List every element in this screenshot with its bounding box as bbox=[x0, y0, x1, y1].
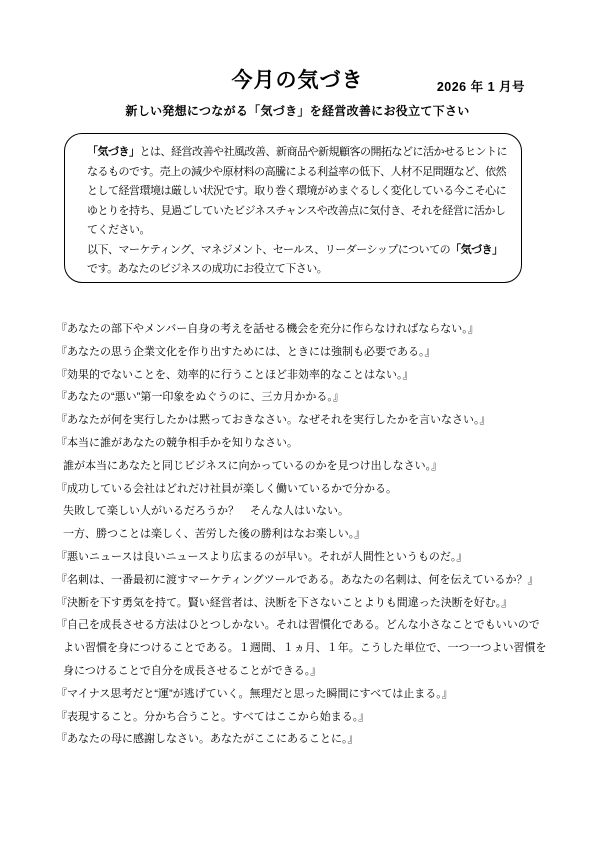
quote-line: 『あなたの部下やメンバー自身の考えを話せる機会を充分に作らなければならない。』 bbox=[56, 318, 576, 341]
quote-line: 『あなたの母に感謝しなさい。あなたがここにあることに。』 bbox=[56, 728, 576, 751]
intro-line: ゆとりを持ち、見過ごしていたビジネスチャンスや改善点に気付き、それを経営に活かし bbox=[87, 202, 501, 222]
quote-line: よい習慣を身につけることである。１週間、１ヵ月、１年。こうした単位で、一つ一つよ… bbox=[56, 637, 576, 660]
quote-line: 『悪いニュースは良いニュースより広まるのが早い。それが人間性というものだ。』 bbox=[56, 546, 576, 569]
intro-bold-keyword: 「気づき」 bbox=[87, 146, 140, 158]
intro-line: 以下、マーケティング、マネジメント、セールス、リーダーシップについての「気づき」 bbox=[87, 241, 501, 261]
intro-line: です。あなたのビジネスの成功にお役立て下さい。 bbox=[87, 260, 501, 280]
document-page: 今月の気づき 2026 年 1 月号 新しい発想につながる「気づき」を経営改善に… bbox=[0, 0, 595, 841]
quote-line: 『あなたの“悪い”第一印象をぬぐうのに、三カ月かかる。』 bbox=[56, 386, 576, 409]
intro-text: 以下、マーケティング、マネジメント、セールス、リーダーシップについての bbox=[87, 244, 450, 256]
intro-line: 「気づき」とは、経営改善や社風改善、新商品や新規顧客の開拓などに活かせるヒントに bbox=[87, 143, 501, 163]
quote-line: 『あなたが何を実行したかは黙っておきなさい。なぜそれを実行したかを言いなさい。』 bbox=[56, 409, 576, 432]
intro-line: てください。 bbox=[87, 221, 501, 241]
intro-text: とは、経営改善や社風改善、新商品や新規顧客の開拓などに活かせるヒントに bbox=[140, 146, 508, 158]
intro-box: 「気づき」とは、経営改善や社風改善、新商品や新規顧客の開拓などに活かせるヒントに… bbox=[64, 133, 522, 283]
quote-line: 『あなたの思う企業文化を作り出すためには、ときには強制も必要である。』 bbox=[56, 341, 576, 364]
intro-bold-keyword: 「気づき」 bbox=[450, 244, 503, 256]
quote-line: 失敗して楽しい人がいるだろうか？ そんな人はいない。 bbox=[56, 500, 576, 523]
intro-line: として経営環境は厳しい状況です。取り巻く環境がめまぐるしく変化している今こそ心に bbox=[87, 182, 501, 202]
quote-line: 『成功している会社はどれだけ社員が楽しく働いているかで分かる。 bbox=[56, 478, 576, 501]
subtitle: 新しい発想につながる「気づき」を経営改善にお役立て下さい bbox=[0, 102, 595, 119]
quote-line: 『本当に誰があなたの競争相手かを知りなさい。 bbox=[56, 432, 576, 455]
quote-line: 誰が本当にあなたと同じビジネスに向かっているのかを見つけ出しなさい。』 bbox=[56, 455, 576, 478]
quote-line: 『自己を成長させる方法はひとつしかない。それは習慣化である。どんな小さなことでも… bbox=[56, 614, 576, 637]
intro-line: なるものです。売上の減少や原材料の高騰による利益率の低下、人材不足問題など、依然 bbox=[87, 163, 501, 183]
quote-line: 『効果的でないことを、効率的に行うことほど非効率的なことはない。』 bbox=[56, 364, 576, 387]
quote-line: 『名刺は、一番最初に渡すマーケティングツールである。あなたの名刺は、何を伝えてい… bbox=[56, 569, 576, 592]
quote-line: 『表現すること。分かち合うこと。すべてはここから始まる。』 bbox=[56, 706, 576, 729]
quote-line: 『決断を下す勇気を持て。賢い経営者は、決断を下さないことよりも間違った決断を好む… bbox=[56, 592, 576, 615]
quote-line: 『マイナス思考だと“運”が逃げていく。無理だと思った瞬間にすべては止まる。』 bbox=[56, 683, 576, 706]
issue-label: 2026 年 1 月号 bbox=[437, 77, 525, 95]
quote-line: 一方、勝つことは楽しく、苦労した後の勝利はなお楽しい。』 bbox=[56, 523, 576, 546]
quotes-list: 『あなたの部下やメンバー自身の考えを話せる機会を充分に作らなければならない。』『… bbox=[56, 318, 576, 751]
quote-line: 身につけることで自分を成長させることができる。』 bbox=[56, 660, 576, 683]
